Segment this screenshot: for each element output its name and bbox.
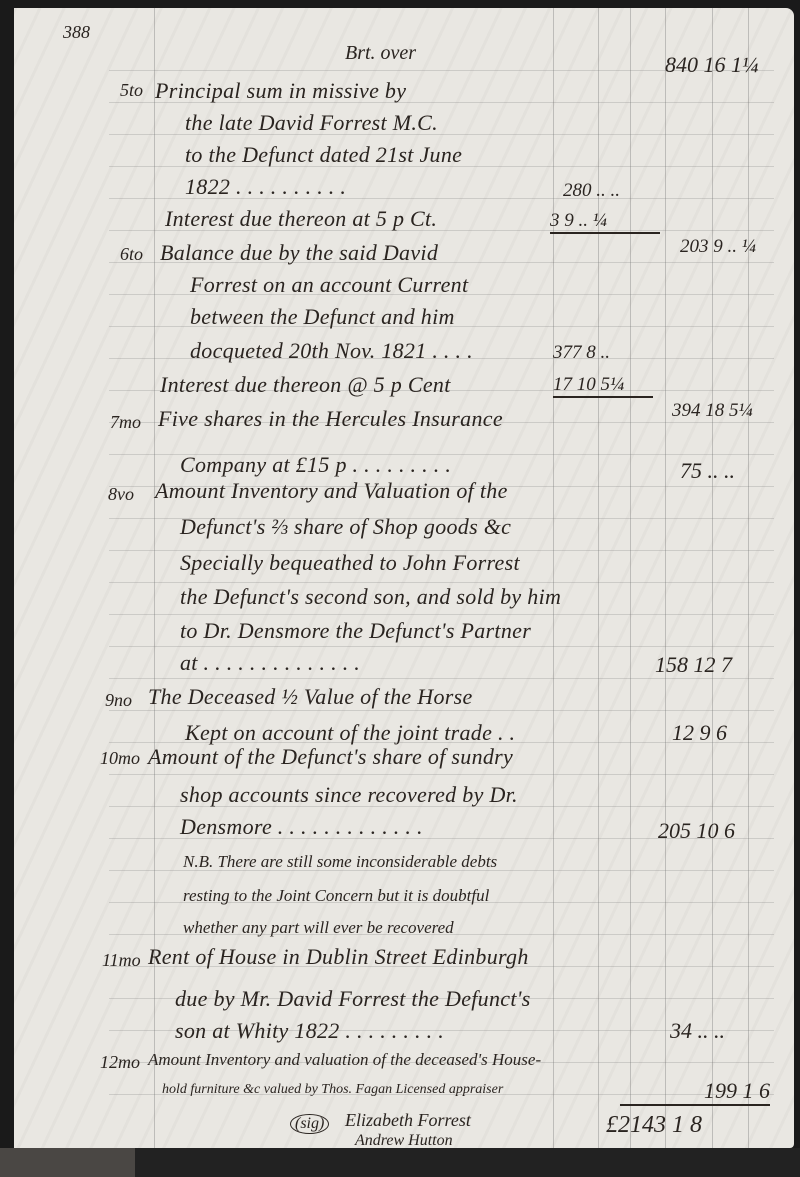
entry-line: The Deceased ½ Value of the Horse: [148, 684, 473, 710]
column-rule: [630, 8, 631, 1148]
entry-index: 8vo: [108, 484, 134, 505]
entry-line: docqueted 20th Nov. 1821 . . . .: [190, 338, 473, 364]
entry-index: 6to: [120, 244, 143, 265]
entry-line: shop accounts since recovered by Dr.: [180, 782, 518, 808]
entry-total: 158 12 7: [655, 652, 732, 678]
interest-line: Interest due thereon at 5 p Ct.: [165, 206, 437, 232]
signature-mark: (sig): [290, 1114, 329, 1134]
entry-line: between the Defunct and him: [190, 304, 455, 330]
entry-index: 9no: [105, 690, 132, 711]
brought-over-amount: 840 16 1¼: [665, 52, 759, 78]
column-rule: [598, 8, 599, 1148]
entry-index: 7mo: [110, 412, 141, 433]
entry-sub-amount: 280 .. ..: [563, 180, 620, 202]
entry-total: 394 18 5¼: [672, 400, 753, 422]
entry-line: Amount Inventory and valuation of the de…: [148, 1050, 541, 1070]
entry-line: hold furniture &c valued by Thos. Fagan …: [162, 1082, 503, 1098]
entry-index: 10mo: [100, 748, 140, 769]
entry-line: Principal sum in missive by: [155, 78, 406, 104]
note-line: whether any part will ever be recovered: [183, 918, 454, 938]
entry-total: 205 10 6: [658, 818, 735, 844]
entry-line: Five shares in the Hercules Insurance: [158, 406, 503, 432]
entry-total: 75 .. ..: [680, 458, 735, 484]
entry-line: son at Whity 1822 . . . . . . . . .: [175, 1018, 444, 1044]
entry-sub-amount: 377 8 ..: [553, 342, 610, 364]
entry-total: 34 .. ..: [670, 1018, 725, 1044]
column-rule: [553, 8, 554, 1148]
entry-line: the late David Forrest M.C.: [185, 110, 438, 136]
entry-line: Company at £15 p . . . . . . . . .: [180, 452, 451, 478]
entry-line: Kept on account of the joint trade . .: [185, 720, 515, 746]
column-rule: [712, 8, 713, 1148]
entry-line: at . . . . . . . . . . . . . .: [180, 650, 360, 676]
note-line: N.B. There are still some inconsiderable…: [183, 852, 497, 872]
entry-line: Specially bequeathed to John Forrest: [180, 550, 520, 576]
note-line: resting to the Joint Concern but it is d…: [183, 886, 489, 906]
entry-line: the Defunct's second son, and sold by hi…: [180, 584, 561, 610]
entry-line: Forrest on an account Current: [190, 272, 468, 298]
entry-index: 12mo: [100, 1052, 140, 1073]
entry-line: due by Mr. David Forrest the Defunct's: [175, 986, 531, 1012]
entry-line: to the Defunct dated 21st June: [185, 142, 462, 168]
entry-line: Defunct's ⅔ share of Shop goods &c: [180, 514, 511, 540]
page-number: 388: [63, 22, 90, 43]
interest-line: Interest due thereon @ 5 p Cent: [160, 372, 451, 398]
entry-line: Amount of the Defunct's share of sundry: [148, 744, 513, 770]
column-rule: [748, 8, 749, 1148]
page-edge: [0, 1148, 800, 1177]
entry-line: Densmore . . . . . . . . . . . . .: [180, 814, 423, 840]
entry-line: to Dr. Densmore the Defunct's Partner: [180, 618, 531, 644]
entry-line: Amount Inventory and Valuation of the: [155, 478, 508, 504]
signature-name: Elizabeth Forrest: [345, 1110, 471, 1131]
interest-amount: 3 9 .. ¼: [550, 210, 660, 234]
margin-rule: [154, 8, 155, 1148]
grand-total: £2143 1 8: [606, 1112, 702, 1139]
entry-index: 5to: [120, 80, 143, 101]
entry-line: Balance due by the said David: [160, 240, 438, 266]
interest-amount: 17 10 5¼: [553, 374, 653, 398]
signature-name: Andrew Hutton: [355, 1132, 453, 1150]
ledger-page: [14, 8, 794, 1148]
entry-total: 199 1 6: [620, 1078, 770, 1106]
entry-index: 11mo: [102, 950, 141, 971]
entry-line: 1822 . . . . . . . . . .: [185, 174, 346, 200]
column-rule: [665, 8, 666, 1148]
entry-total: 203 9 .. ¼: [680, 236, 756, 258]
brought-over-label: Brt. over: [345, 42, 416, 65]
entry-total: 12 9 6: [672, 720, 727, 746]
entry-line: Rent of House in Dublin Street Edinburgh: [148, 944, 529, 970]
